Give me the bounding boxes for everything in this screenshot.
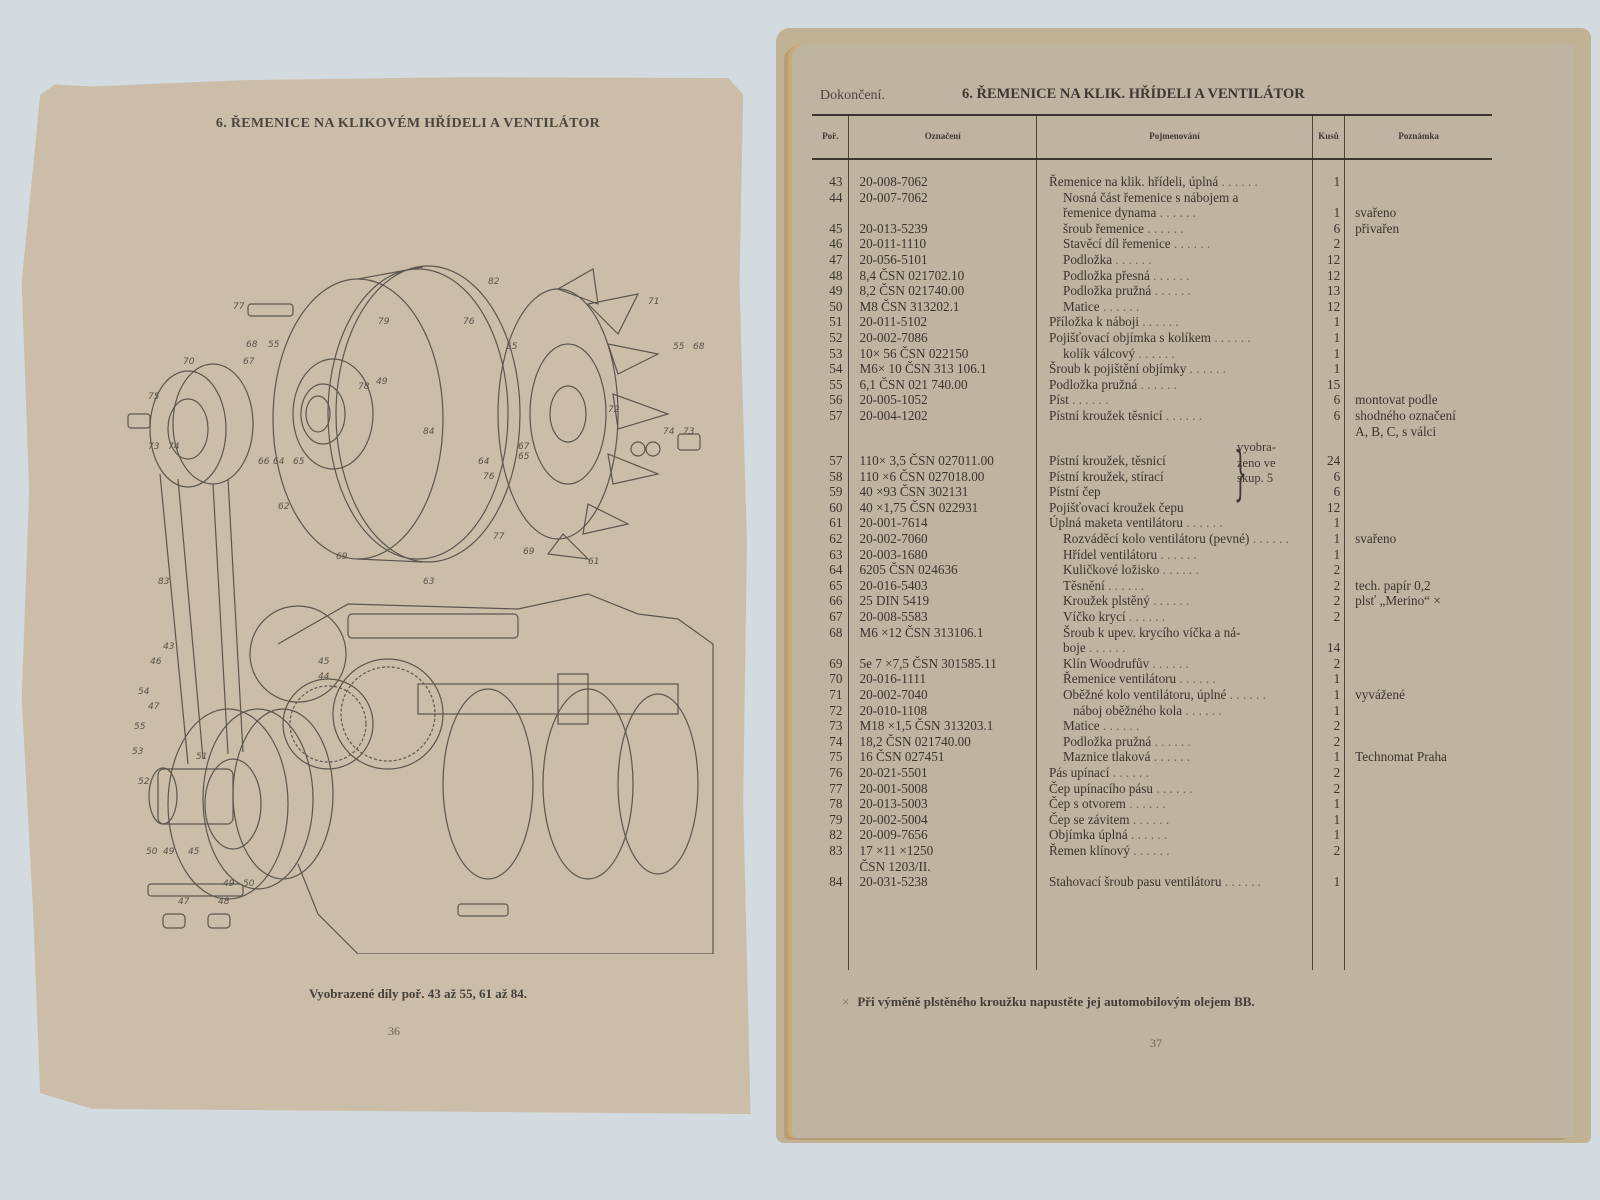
part-name: Kuličkové ložisko . . . . . . [1037,562,1313,578]
col-header-no: Poř. [812,115,849,159]
row-number [812,859,849,875]
row-number: 70 [812,671,849,687]
part-name: Čep s otvorem . . . . . . [1037,796,1313,812]
part-code: 20-011-1110 [849,236,1037,252]
table-row: 54M6× 10 ČSN 313 106.1Šroub k pojištění … [812,361,1492,377]
part-code: 110× 3,5 ČSN 027011.00 [849,453,1037,469]
table-row: 4520-013-5239šroub řemenice . . . . . .6… [812,221,1492,237]
part-code: 20-008-5583 [849,609,1037,625]
table-row: 6320-003-1680Hřídel ventilátoru . . . . … [812,547,1492,563]
svg-text:68: 68 [693,342,705,352]
remark [1345,283,1492,299]
part-code: 20-010-1108 [849,703,1037,719]
part-code: 110 ×6 ČSN 027018.00 [849,469,1037,485]
quantity: 1 [1312,205,1344,221]
remark: přivařen [1345,221,1492,237]
row-number: 74 [812,734,849,750]
row-number: 57 [812,408,849,424]
svg-text:74: 74 [663,427,675,437]
svg-text:53: 53 [132,747,144,757]
part-name: Víčko krycí . . . . . . [1037,609,1313,625]
remark [1345,703,1492,719]
svg-text:67: 67 [243,357,255,367]
part-code: M6 ×12 ČSN 313106.1 [849,625,1037,641]
remark [1345,781,1492,797]
part-code: 20-011-5102 [849,314,1037,330]
row-number: 79 [812,812,849,828]
part-code: ČSN 1203/II. [849,859,1037,875]
table-row: 57110× 3,5 ČSN 027011.00Pístní kroužek, … [812,453,1492,469]
table-row: 6720-008-5583Víčko krycí . . . . . .2 [812,609,1492,625]
row-number: 61 [812,515,849,531]
part-name: náboj oběžného kola . . . . . . [1037,703,1313,719]
svg-text:72: 72 [608,405,620,415]
row-number: 55 [812,377,849,393]
part-code: M6× 10 ČSN 313 106.1 [849,361,1037,377]
part-code: M8 ČSN 313202.1 [849,299,1037,315]
table-row: 7418,2 ČSN 021740.00Podložka pružná . . … [812,734,1492,750]
svg-text:68: 68 [246,340,258,350]
part-name: Pojišťovací objímka s kolíkem . . . . . … [1037,330,1313,346]
part-code: 20-016-1111 [849,671,1037,687]
svg-text:50: 50 [243,879,255,889]
row-number: 65 [812,578,849,594]
part-code: 20-004-1202 [849,408,1037,424]
quantity [1312,625,1344,641]
svg-text:46: 46 [150,657,162,667]
svg-text:76: 76 [463,317,475,327]
page-title-right: 6. ŘEMENICE NA KLIK. HŘÍDELI A VENTILÁTO… [962,86,1305,103]
part-code: 6205 ČSN 024636 [849,562,1037,578]
part-name: Píst . . . . . . [1037,392,1313,408]
remark [1345,252,1492,268]
table-row: 73M18 ×1,5 ČSN 313203.1Matice . . . . . … [812,718,1492,734]
table-row: 4320-008-7062Řemenice na klik. hřídeli, … [812,174,1492,190]
table-row: A, B, C, s válci [812,424,1492,440]
part-code: 18,2 ČSN 021740.00 [849,734,1037,750]
remark [1345,656,1492,672]
quantity: 1 [1312,687,1344,703]
part-code: 20-002-5004 [849,812,1037,828]
part-name: Stavěcí díl řemenice . . . . . . [1037,236,1313,252]
svg-text:61: 61 [588,557,599,567]
table-row: 5940 ×93 ČSN 302131Pístní čep6 [812,484,1492,500]
table-row: ČSN 1203/II. [812,859,1492,875]
footnote: ×Při výměně plstěného kroužku napustěte … [842,994,1255,1010]
svg-text:71: 71 [648,297,659,307]
row-number: 54 [812,361,849,377]
table-row: 488,4 ČSN 021702.10Podložka přesná . . .… [812,268,1492,284]
footnote-text: Při výměně plstěného kroužku napustěte j… [857,994,1254,1009]
table-row: 7020-016-1111Řemenice ventilátoru . . . … [812,671,1492,687]
quantity: 1 [1312,346,1344,362]
remark [1345,827,1492,843]
row-number: 47 [812,252,849,268]
svg-text:51: 51 [196,752,207,762]
svg-text:78: 78 [358,382,370,392]
row-number: 51 [812,314,849,330]
remark [1345,361,1492,377]
table-row: 4720-056-5101Podložka . . . . . .12 [812,252,1492,268]
drawing-callouts: 778279 767168 555555 687067 757374 78498… [132,277,705,907]
quantity: 24 [1312,453,1344,469]
part-code: 6,1 ČSN 021 740.00 [849,377,1037,393]
part-name: Podložka . . . . . . [1037,252,1313,268]
remark [1345,453,1492,469]
part-name: Řemen klínový . . . . . . [1037,843,1313,859]
quantity: 2 [1312,578,1344,594]
remark: tech. papír 0,2 [1345,578,1492,594]
svg-text:45: 45 [188,847,200,857]
remark [1345,346,1492,362]
table-row: 646205 ČSN 024636Kuličkové ložisko . . .… [812,562,1492,578]
part-name: Hřídel ventilátoru . . . . . . [1037,547,1313,563]
quantity: 12 [1312,500,1344,516]
part-code [849,205,1037,221]
row-number: 77 [812,781,849,797]
col-header-note: Poznámka [1345,115,1492,159]
table-row: 6220-002-7060Rozváděcí kolo ventilátoru … [812,531,1492,547]
remark [1345,562,1492,578]
quantity: 1 [1312,330,1344,346]
svg-text:49: 49 [223,879,235,889]
part-code: 20-003-1680 [849,547,1037,563]
quantity: 2 [1312,656,1344,672]
remark [1345,484,1492,500]
table-row: 6120-001-7614Úplná maketa ventilátoru . … [812,515,1492,531]
remark [1345,330,1492,346]
part-name: Rozváděcí kolo ventilátoru (pevné) . . .… [1037,531,1313,547]
quantity: 14 [1312,640,1344,656]
quantity: 6 [1312,221,1344,237]
svg-text:73: 73 [148,442,160,452]
part-name [1037,424,1313,440]
part-code: 20-002-7060 [849,531,1037,547]
svg-text:69: 69 [336,552,348,562]
quantity: 12 [1312,299,1344,315]
svg-text:65: 65 [518,452,530,462]
table-row: 556,1 ČSN 021 740.00Podložka pružná . . … [812,377,1492,393]
part-name: Podložka pružná . . . . . . [1037,283,1313,299]
quantity: 12 [1312,268,1344,284]
row-number: 64 [812,562,849,578]
row-number: 45 [812,221,849,237]
part-name: Šroub k upev. krycího víčka a ná- [1037,625,1313,641]
part-code [849,640,1037,656]
row-number: 59 [812,484,849,500]
remark [1345,190,1492,206]
part-code: 20-021-5501 [849,765,1037,781]
part-code: 5e 7 ×7,5 ČSN 301585.11 [849,656,1037,672]
table-row: 498,2 ČSN 021740.00Podložka pružná . . .… [812,283,1492,299]
remark: shodného označení [1345,408,1492,424]
part-name: řemenice dynama . . . . . . [1037,205,1313,221]
svg-text:64: 64 [478,457,490,467]
part-code: 8,4 ČSN 021702.10 [849,268,1037,284]
svg-text:84: 84 [423,427,435,437]
table-header-row: Poř. Označení Pojmenování Kusů Poznámka [812,115,1492,159]
table-row: 6520-016-5403Těsnění . . . . . .2tech. p… [812,578,1492,594]
remark [1345,547,1492,563]
left-page: 6. ŘEMENICE NA KLIKOVÉM HŘÍDELI A VENTIL… [18,74,758,1114]
part-name: Čep upínacího pásu . . . . . . [1037,781,1313,797]
remark [1345,377,1492,393]
row-number: 58 [812,469,849,485]
part-name: kolík válcový . . . . . . [1037,346,1313,362]
part-code: 8,2 ČSN 021740.00 [849,283,1037,299]
quantity: 15 [1312,377,1344,393]
part-code: 20-001-5008 [849,781,1037,797]
row-number: 67 [812,609,849,625]
table-row: 5310× 56 ČSN 022150kolík válcový . . . .… [812,346,1492,362]
table-row: 7516 ČSN 027451Maznice tlaková . . . . .… [812,749,1492,765]
table-row: 8220-009-7656Objímka úplná . . . . . .1 [812,827,1492,843]
table-row: 8420-031-5238Stahovací šroub pasu ventil… [812,874,1492,890]
svg-text:50: 50 [146,847,158,857]
part-name: Pístní kroužek těsnicí . . . . . . [1037,408,1313,424]
part-name: Řemenice ventilátoru . . . . . . [1037,671,1313,687]
part-name: Nosná část řemenice s nábojem a [1037,190,1313,206]
svg-text:48: 48 [218,897,230,907]
remark: A, B, C, s válci [1345,424,1492,440]
row-number: 52 [812,330,849,346]
table-row: 5220-002-7086Pojišťovací objímka s kolík… [812,330,1492,346]
quantity: 6 [1312,469,1344,485]
row-number: 46 [812,236,849,252]
table-row: 7820-013-5003Čep s otvorem . . . . . .1 [812,796,1492,812]
part-name: Šroub k pojištění objímky . . . . . . [1037,361,1313,377]
quantity: 1 [1312,671,1344,687]
quantity: 1 [1312,749,1344,765]
quantity: 1 [1312,547,1344,563]
part-code: 20-007-7062 [849,190,1037,206]
table-body: 4320-008-7062Řemenice na klik. hřídeli, … [812,159,1492,970]
row-number: 44 [812,190,849,206]
part-code: 40 ×1,75 ČSN 022931 [849,500,1037,516]
row-number: 43 [812,174,849,190]
quantity: 2 [1312,734,1344,750]
part-name: šroub řemenice . . . . . . [1037,221,1313,237]
quantity: 1 [1312,314,1344,330]
svg-text:49: 49 [376,377,388,387]
remark: svařeno [1345,531,1492,547]
remark: montovat podle [1345,392,1492,408]
table-row: 7620-021-5501Pás upínací . . . . . .2 [812,765,1492,781]
part-name: Pojišťovací kroužek čepu [1037,500,1313,516]
svg-text:83: 83 [158,577,170,587]
row-number: 50 [812,299,849,315]
col-header-qty: Kusů [1312,115,1344,159]
quantity: 2 [1312,236,1344,252]
table-row: 68M6 ×12 ČSN 313106.1Šroub k upev. krycí… [812,625,1492,641]
part-name: Příložka k náboji . . . . . . [1037,314,1313,330]
row-number [812,424,849,440]
part-name: Podložka pružná . . . . . . [1037,734,1313,750]
quantity: 1 [1312,531,1344,547]
remark [1345,500,1492,516]
table-row: 7120-002-7040Oběžné kolo ventilátoru, úp… [812,687,1492,703]
quantity: 1 [1312,827,1344,843]
svg-text:64: 64 [273,457,285,467]
part-code: M18 ×1,5 ČSN 313203.1 [849,718,1037,734]
figure-caption: Vyobrazené díly poř. 43 až 55, 61 až 84. [268,986,568,1002]
quantity: 2 [1312,609,1344,625]
svg-text:49: 49 [163,847,175,857]
part-code: 16 ČSN 027451 [849,749,1037,765]
part-name: Matice . . . . . . [1037,299,1313,315]
svg-text:69: 69 [523,547,535,557]
part-code: 20-005-1052 [849,392,1037,408]
svg-text:47: 47 [148,702,160,712]
row-number [812,205,849,221]
part-code: 20-002-7040 [849,687,1037,703]
remark [1345,796,1492,812]
parts-table: Poř. Označení Pojmenování Kusů Poznámka … [812,114,1492,970]
svg-text:67: 67 [518,442,530,452]
exploded-view-drawing: 778279 767168 555555 687067 757374 78498… [118,264,718,954]
right-page: Dokončení. 6. ŘEMENICE NA KLIK. HŘÍDELI … [792,44,1574,1138]
remark [1345,640,1492,656]
svg-text:79: 79 [378,317,390,327]
quantity: 1 [1312,703,1344,719]
row-number: 84 [812,874,849,890]
table-row: 6625 DIN 5419Kroužek plstěný . . . . . .… [812,593,1492,609]
remark [1345,174,1492,190]
row-number: 49 [812,283,849,299]
quantity: 1 [1312,812,1344,828]
svg-text:55: 55 [506,342,518,352]
svg-text:73: 73 [683,427,695,437]
table-row: 5620-005-1052Píst . . . . . .6montovat p… [812,392,1492,408]
row-number: 48 [812,268,849,284]
quantity [1312,424,1344,440]
row-number: 68 [812,625,849,641]
quantity: 2 [1312,781,1344,797]
svg-text:77: 77 [493,532,505,542]
quantity: 1 [1312,515,1344,531]
part-name: Matice . . . . . . [1037,718,1313,734]
part-name: Čep se závitem . . . . . . [1037,812,1313,828]
part-code: 20-001-7614 [849,515,1037,531]
part-code: 10× 56 ČSN 022150 [849,346,1037,362]
page-number-right: 37 [1150,1036,1162,1051]
svg-text:55: 55 [673,342,685,352]
quantity: 1 [1312,174,1344,190]
part-name: Kroužek plstěný . . . . . . [1037,593,1313,609]
row-number: 56 [812,392,849,408]
quantity: 1 [1312,796,1344,812]
part-code: 20-016-5403 [849,578,1037,594]
row-number: 53 [812,346,849,362]
remark [1345,718,1492,734]
table-row: 5120-011-5102Příložka k náboji . . . . .… [812,314,1492,330]
table-row: 50M8 ČSN 313202.1Matice . . . . . .12 [812,299,1492,315]
row-number: 71 [812,687,849,703]
quantity [1312,859,1344,875]
table-row: řemenice dynama . . . . . .1svařeno [812,205,1492,221]
remark: vyvážené [1345,687,1492,703]
table-row: 7920-002-5004Čep se závitem . . . . . .1 [812,812,1492,828]
table-row: 7220-010-1108náboj oběžného kola . . . .… [812,703,1492,719]
footnote-mark: × [842,994,849,1009]
row-number: 62 [812,531,849,547]
table-row: boje . . . . . .14 [812,640,1492,656]
svg-text:65: 65 [293,457,305,467]
col-header-name: Pojmenování [1037,115,1313,159]
part-name: Maznice tlaková . . . . . . [1037,749,1313,765]
page-number-left: 36 [388,1024,400,1039]
remark [1345,843,1492,859]
remark: svařeno [1345,205,1492,221]
quantity: 2 [1312,718,1344,734]
part-code: 20-056-5101 [849,252,1037,268]
svg-text:66: 66 [258,457,270,467]
quantity: 1 [1312,874,1344,890]
part-code: 20-013-5003 [849,796,1037,812]
table-row: 4420-007-7062Nosná část řemenice s náboj… [812,190,1492,206]
row-number [812,640,849,656]
part-code: 20-013-5239 [849,221,1037,237]
quantity: 6 [1312,392,1344,408]
remark [1345,671,1492,687]
part-code: 20-031-5238 [849,874,1037,890]
brace-note: vyobra- zeno ve skup. 5 [1237,440,1276,487]
table-row: 7720-001-5008Čep upínacího pásu . . . . … [812,781,1492,797]
remark [1345,268,1492,284]
svg-text:52: 52 [138,777,150,787]
quantity: 12 [1312,252,1344,268]
part-name: Klín Woodrufův . . . . . . [1037,656,1313,672]
quantity [1312,190,1344,206]
row-number: 63 [812,547,849,563]
remark [1345,515,1492,531]
part-code: 20-009-7656 [849,827,1037,843]
part-code: 40 ×93 ČSN 302131 [849,484,1037,500]
remark [1345,609,1492,625]
part-code: 20-002-7086 [849,330,1037,346]
svg-text:82: 82 [488,277,500,287]
row-number: 76 [812,765,849,781]
part-code: 17 ×11 ×1250 [849,843,1037,859]
svg-text:44: 44 [318,672,330,682]
svg-text:76: 76 [483,472,495,482]
svg-text:74: 74 [168,442,180,452]
row-number: 57 [812,453,849,469]
table-row: 4620-011-1110Stavěcí díl řemenice . . . … [812,236,1492,252]
svg-text:47: 47 [178,897,190,907]
table-row: 6040 ×1,75 ČSN 022931Pojišťovací kroužek… [812,500,1492,516]
continuation-label: Dokončení. [820,88,885,104]
quantity: 6 [1312,484,1344,500]
quantity: 1 [1312,361,1344,377]
quantity: 2 [1312,765,1344,781]
svg-text:62: 62 [278,502,290,512]
table-row: 58110 ×6 ČSN 027018.00Pístní kroužek, st… [812,469,1492,485]
part-name: Oběžné kolo ventilátoru, úplné . . . . .… [1037,687,1313,703]
svg-text:70: 70 [183,357,195,367]
row-number: 72 [812,703,849,719]
remark [1345,314,1492,330]
quantity: 2 [1312,593,1344,609]
part-name [1037,859,1313,875]
part-code: 25 DIN 5419 [849,593,1037,609]
table-row: 8317 ×11 ×1250Řemen klínový . . . . . .2 [812,843,1492,859]
row-number: 75 [812,749,849,765]
part-name: Podložka přesná . . . . . . [1037,268,1313,284]
row-number: 69 [812,656,849,672]
svg-text:43: 43 [163,642,175,652]
row-number: 66 [812,593,849,609]
